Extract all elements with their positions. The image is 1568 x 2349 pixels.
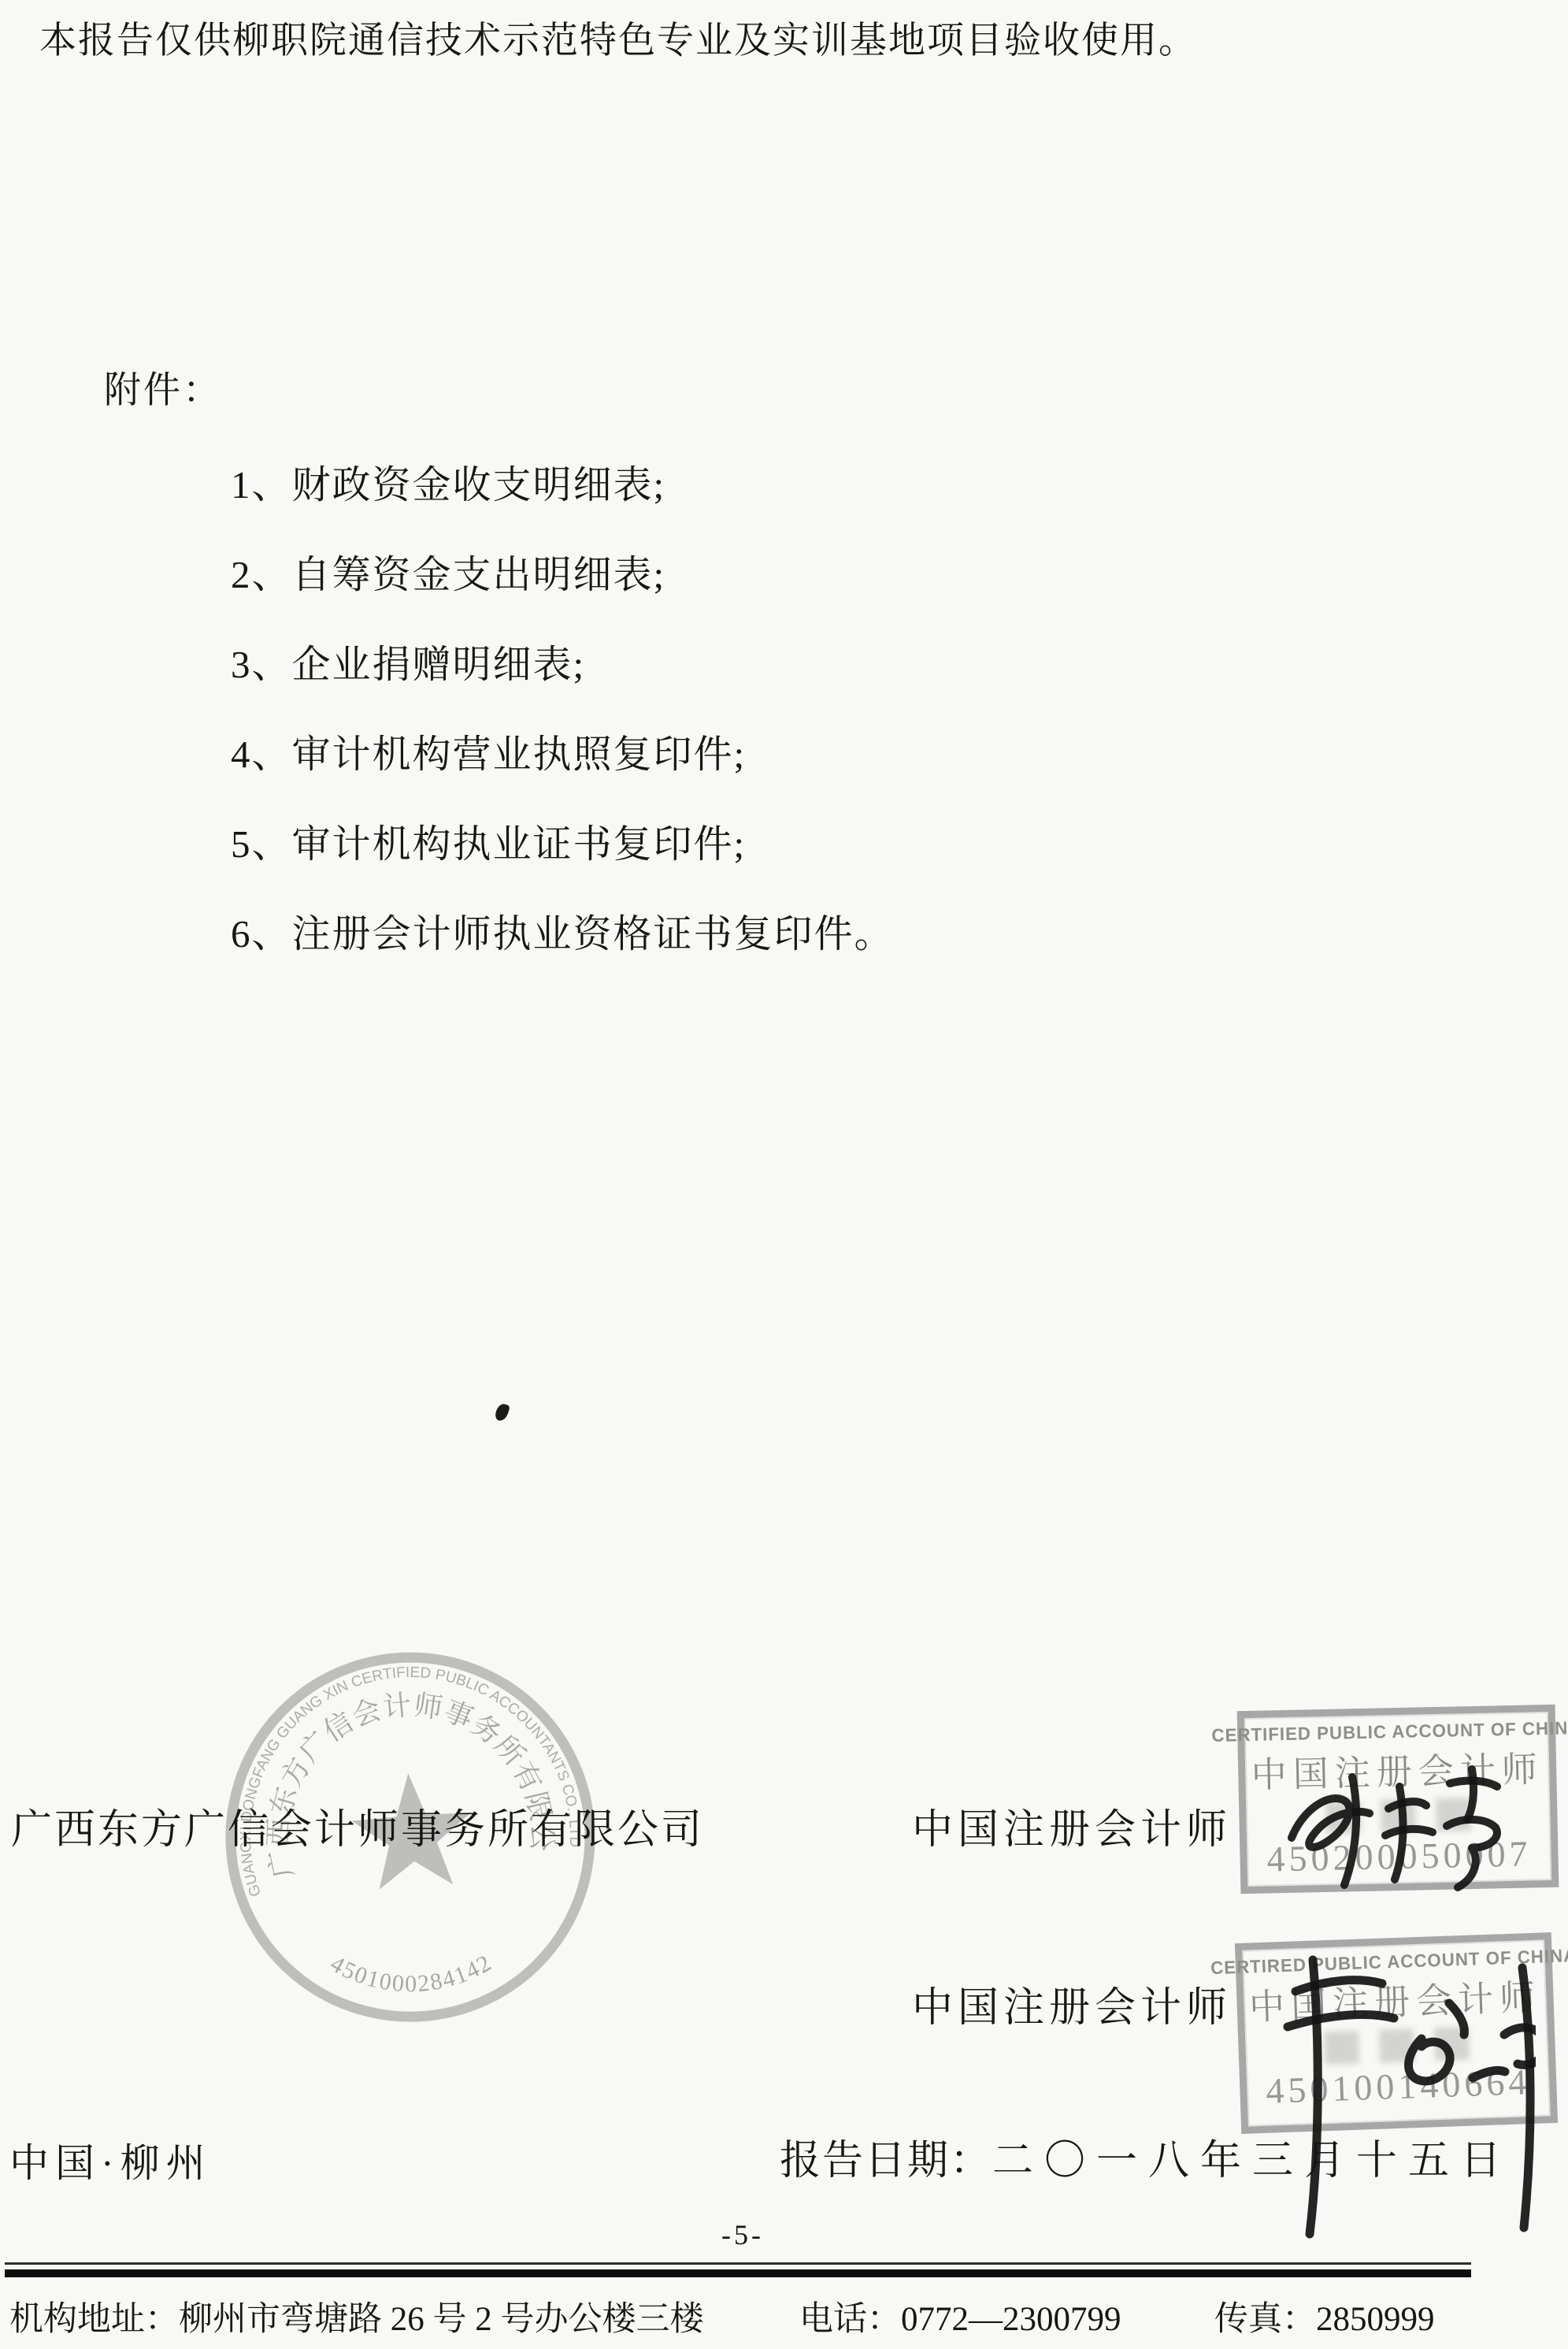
report-date-label: 报告日期： xyxy=(780,2139,992,2184)
attachment-item: 5、审计机构执业证书复印件; xyxy=(231,814,746,869)
signature-2 xyxy=(1272,1944,1536,2247)
attachment-item: 1、财政资金收支明细表; xyxy=(231,455,665,510)
footer-address: 机构地址：柳州市弯塘路 26 号 2 号办公楼三楼 xyxy=(9,2292,704,2340)
signature-1 xyxy=(1280,1763,1508,1901)
company-name: 广西东方广信会计师事务所有限公司 xyxy=(11,1796,704,1855)
footer-rule-thin xyxy=(5,2262,1471,2265)
footer-rule-thick xyxy=(5,2269,1471,2277)
attachment-item: 3、企业捐赠明细表; xyxy=(231,634,585,689)
attachment-item: 6、注册会计师执业资格证书复印件。 xyxy=(231,904,895,959)
cpa-label-2: 中国注册会计师 xyxy=(912,1974,1232,2033)
usage-notice: 本报告仅供柳职院通信技术示范特色专业及实训基地项目验收使用。 xyxy=(39,11,1197,64)
attachment-item: 2、自筹资金支出明细表; xyxy=(231,544,665,599)
footer-fax: 传真：2850999 xyxy=(1214,2292,1435,2340)
footer-phone: 电话：0772—2300799 xyxy=(799,2292,1121,2340)
seal-code: 4501000284142 xyxy=(324,1939,499,2003)
report-location: 中国·柳州 xyxy=(9,2132,212,2188)
attachments-label: 附件： xyxy=(104,361,222,414)
cpa-label-1: 中国注册会计师 xyxy=(912,1796,1232,1855)
attachment-item: 4、审计机构营业执照复印件; xyxy=(231,724,746,779)
document-page: 本报告仅供柳职院通信技术示范特色专业及实训基地项目验收使用。 附件： 1、财政资… xyxy=(0,0,1568,2349)
ink-speck xyxy=(494,1402,510,1423)
svg-text:4501000284142: 4501000284142 xyxy=(324,1939,499,2003)
page-number: -5- xyxy=(721,2218,764,2251)
